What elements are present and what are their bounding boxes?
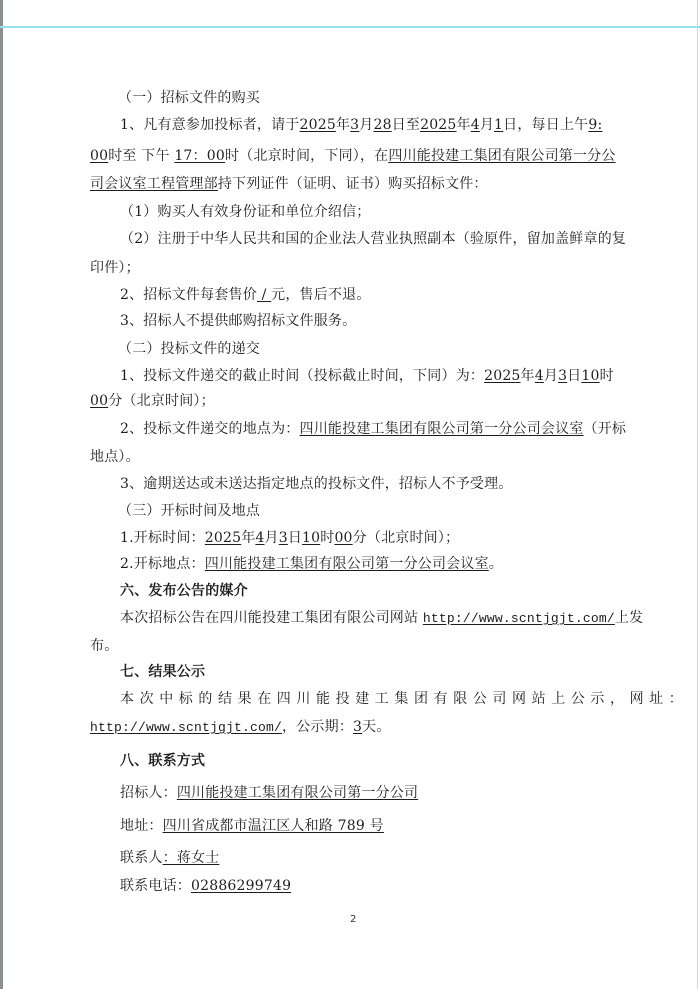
text: 年 [336,117,350,133]
requirement-2-cont: 印件）； [90,258,610,278]
text: 1、投标文件递交的截止时间（投标截止时间，下同）为： [120,368,484,384]
text: 1.开标时间： [120,530,205,546]
requirement-2: （2）注册于中华人民共和国的企业法人营业执照副本（验原件，留加盖鲜章的复 [120,229,640,249]
text: 时 [320,530,334,546]
section-heading-results: 七、结果公示 [120,662,640,682]
deadline-month: 4 [535,368,544,384]
start-year: 2025 [300,117,336,133]
text: 月 [480,117,494,133]
end-year: 2025 [420,117,456,133]
requirement-1: （1）购买人有效身份证和单位介绍信； [120,202,640,222]
text: 时 [600,368,614,384]
purchase-location-cont: 司会议室工程管理部 [90,176,218,192]
submit-item-2-cont: 地点）。 [90,447,610,467]
text: 本次招标公告在四川能投建工集团有限公司网站 [120,610,418,626]
purchase-item-1-line-2: 00时至 下午 17：00时（北京时间，下同），在四川能投建工集团有限公司第一分… [90,146,610,166]
label: 招标人： [120,785,177,801]
results-paragraph-cont: http://www.scntjgjt.com/，公示期：3天。 [90,717,610,738]
open-minute: 00 [334,530,352,546]
text: 日至 [392,117,420,133]
pm-time: 17：00 [174,148,225,164]
text: 时（北京时间，下同），在 [225,148,388,164]
text: 日 [567,368,581,384]
text: 分（北京时间）； [353,530,460,546]
submit-item-3: 3、逾期送达或未送达指定地点的投标文件，招标人不予受理。 [120,474,640,494]
publicity-days: 3 [353,719,362,735]
scan-left-border [0,0,3,989]
text: 元，售后不退。 [271,287,370,303]
scan-right-border [697,0,698,989]
text: 月 [544,368,558,384]
start-month: 3 [350,117,359,133]
deadline-year: 2025 [484,368,520,384]
label: 联系人 [120,850,163,866]
submit-item-1: 1、投标文件递交的截止时间（投标截止时间，下同）为：2025年4月3日10时 [120,366,640,386]
text: 1、凡有意参加投标者，请于 [120,117,300,133]
contact-person: 联系人：蒋女士 [120,848,640,868]
text: 2、投标文件递交的地点为： [120,421,300,437]
open-hour: 10 [302,530,320,546]
text: 年 [521,368,535,384]
price: / [257,287,271,303]
open-item-1: 1.开标时间：2025年4月3日10时00分（北京时间）； [120,528,640,548]
media-paragraph: 本次招标公告在四川能投建工集团有限公司网站 http://www.scntjgj… [120,608,640,629]
submit-item-2: 2、投标文件递交的地点为：四川能投建工集团有限公司第一分公司会议室（开标 [120,419,640,439]
header-rule [0,26,700,28]
submit-item-1-cont: 00分（北京时间）； [90,391,610,411]
open-item-2: 2.开标地点：四川能投建工集团有限公司第一分公司会议室。 [120,554,640,574]
contact-address: 地址：四川省成都市温江区人和路 789 号 [120,816,640,836]
text: 日 [288,530,302,546]
end-month: 4 [471,117,480,133]
submit-place: 四川能投建工集团有限公司第一分公司会议室 [300,421,584,437]
text: 2.开标地点： [120,556,205,572]
results-website-link[interactable]: http://www.scntjgjt.com/ [90,720,282,735]
purchase-item-1-line-3: 司会议室工程管理部持下列证件（证明、证书）购买招标文件： [90,174,610,194]
purchase-item-3: 3、招标人不提供邮购招标文件服务。 [120,311,640,331]
open-month: 4 [255,530,264,546]
text: 日，每日上午 [503,117,588,133]
text: （开标 [584,421,627,437]
text: 月 [265,530,279,546]
contact-tenderer: 招标人：四川能投建工集团有限公司第一分公司 [120,783,640,803]
section-heading-submit: （二）投标文件的递交 [118,339,638,359]
media-paragraph-cont: 布。 [90,636,610,656]
open-year: 2025 [205,530,241,546]
text: ，公示期： [282,719,353,735]
purchase-item-2: 2、招标文件每套售价 / 元，售后不退。 [120,285,640,305]
contact-name: ：蒋女士 [163,850,220,866]
open-place: 四川能投建工集团有限公司第一分公司会议室 [205,556,489,572]
tenderer-name: 四川能投建工集团有限公司第一分公司 [177,785,418,801]
open-day: 3 [279,530,288,546]
text: 年 [457,117,471,133]
section-heading-media: 六、发布公告的媒介 [120,581,640,601]
phone-number: 02886299749 [191,878,291,894]
end-day: 1 [494,117,503,133]
text: 2、招标文件每套售价 [120,287,257,303]
deadline-minute: 00 [90,393,108,409]
deadline-day: 3 [558,368,567,384]
am-time: 9: [588,117,602,133]
text: 年 [241,530,255,546]
contact-phone: 联系电话：02886299749 [120,876,640,896]
text: 天。 [362,719,390,735]
deadline-hour: 10 [581,368,599,384]
section-heading-contact: 八、联系方式 [120,751,640,771]
purchase-location: 四川能投建工集团有限公司第一分公 [388,148,615,164]
label: 联系电话： [120,878,191,894]
section-heading-open: （三）开标时间及地点 [118,501,638,521]
text: 时至 下午 [108,148,169,164]
text: 。 [489,556,503,572]
address-value: 四川省成都市温江区人和路 789 号 [163,818,384,834]
am-time-cont: 00 [90,148,108,164]
results-paragraph: 本次中标的结果在四川能投建工集团有限公司网站上公示，网址： [120,689,640,709]
page-number: 2 [350,914,356,925]
text: 上发 [615,610,643,626]
website-link[interactable]: http://www.scntjgjt.com/ [423,611,615,626]
start-day: 28 [373,117,391,133]
label: 地址： [120,818,163,834]
text: 月 [359,117,373,133]
section-heading-purchase: （一）招标文件的购买 [118,88,638,108]
purchase-item-1-line-1: 1、凡有意参加投标者，请于2025年3月28日至2025年4月1日，每日上午9: [120,115,640,135]
text: 分（北京时间）； [108,393,215,409]
text: 持下列证件（证明、证书）购买招标文件： [218,176,488,192]
